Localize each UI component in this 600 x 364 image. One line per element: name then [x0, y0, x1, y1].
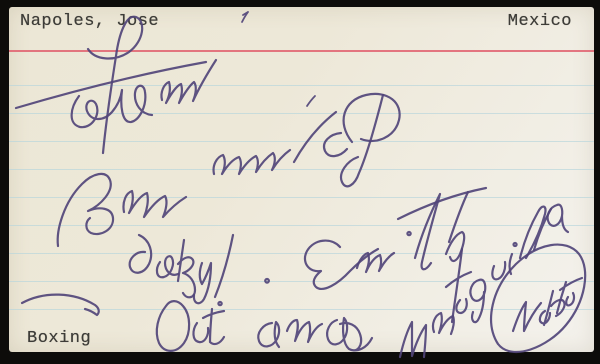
player-name-label: Napoles, Jose [20, 13, 159, 30]
header-rule-line [9, 50, 594, 52]
scanned-card-photo: Napoles, Jose Mexico Boxing [0, 0, 600, 364]
ruled-lines [9, 85, 594, 315]
country-label: Mexico [508, 13, 572, 30]
sport-label: Boxing [27, 330, 91, 347]
index-card: Napoles, Jose Mexico Boxing [9, 7, 594, 352]
